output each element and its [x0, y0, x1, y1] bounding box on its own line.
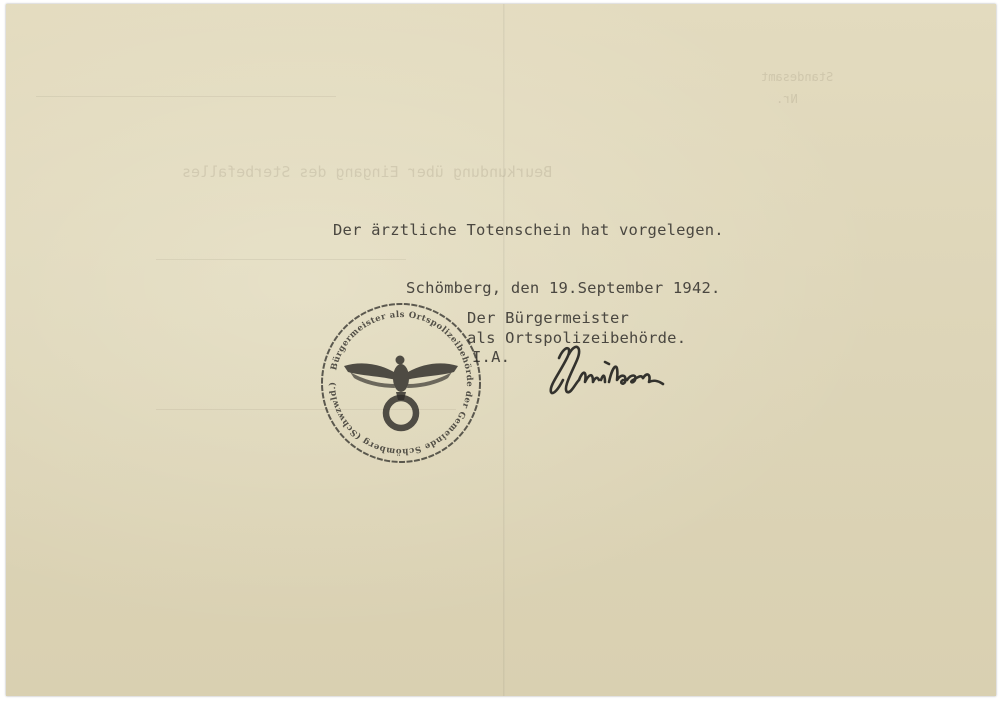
- bleed-through-office-line-2: Nr.: [776, 92, 798, 106]
- bleed-through-office-line-1: Standesamt: [761, 70, 833, 84]
- bleed-through-heading: Beurkundung über Eingang des Sterbefalle…: [182, 163, 552, 181]
- handwritten-signature: [539, 340, 669, 406]
- signature-icon: [539, 340, 669, 406]
- death-certificate-statement: Der ärztliche Totenschein hat vorgelegen…: [333, 221, 724, 239]
- document-page: Beurkundung über Eingang des Sterbefalle…: [6, 4, 996, 696]
- bleed-through-rule: [36, 96, 336, 97]
- signatory-title: Der Bürgermeister: [467, 309, 629, 327]
- place-and-date: Schömberg, den 19.September 1942.: [406, 279, 721, 297]
- eagle-stamp-icon: Bürgermeister als Ortspolizeibehörde der…: [318, 300, 484, 466]
- bleed-through-rule: [156, 259, 406, 260]
- official-stamp: Bürgermeister als Ortspolizeibehörde der…: [318, 300, 484, 466]
